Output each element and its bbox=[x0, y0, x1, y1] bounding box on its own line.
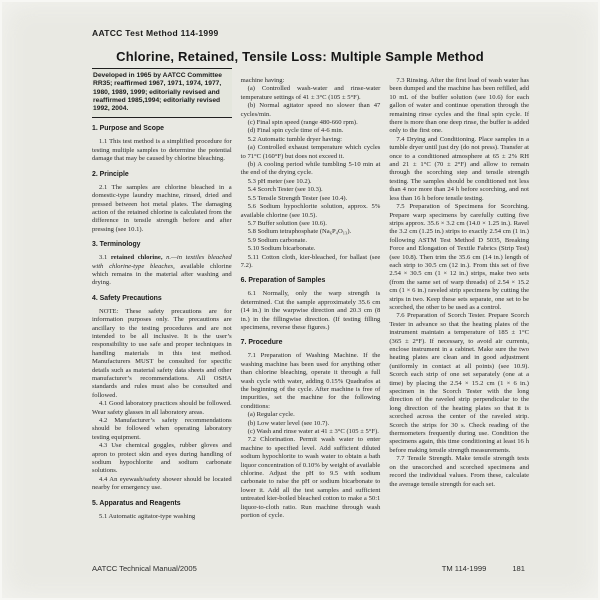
paragraph: NOTE: These safety precautions are for i… bbox=[92, 308, 232, 400]
paragraph: 2.1 The samples are chlorine bleached in… bbox=[92, 184, 232, 234]
paragraph: 5.7 Buffer solution (see 10.6). bbox=[241, 220, 381, 228]
section-heading: 1. Purpose and Scope bbox=[92, 125, 232, 133]
footer-manual-title: AATCC Technical Manual/2005 bbox=[92, 564, 197, 573]
paragraph: 7.2 Chlorination. Permit wash water to e… bbox=[241, 436, 381, 520]
paragraph: 7.1 Preparation of Washing Machine. If t… bbox=[241, 352, 381, 411]
paragraph: machine having: bbox=[241, 77, 381, 85]
paragraph: (d) Final spin cycle time of 4-6 min. bbox=[241, 127, 381, 135]
paragraph: (c) Wash and rinse water at 41 ± 3°C (10… bbox=[241, 428, 381, 436]
paragraph: 7.4 Drying and Conditioning. Place sampl… bbox=[389, 136, 529, 203]
page-number: 181 bbox=[512, 564, 525, 573]
column-3: 7.3 Rinsing. After the first load of was… bbox=[389, 68, 529, 560]
column-1: Developed in 1965 by AATCC Committee RR3… bbox=[92, 68, 232, 560]
paragraph: 5.2 Automatic tumble dryer having: bbox=[241, 136, 381, 144]
paragraph: 3.1 retained chlorine, n.—in textiles bl… bbox=[92, 254, 232, 288]
paragraph: 7.3 Rinsing. After the first load of was… bbox=[389, 77, 529, 136]
paragraph: 4.1 Good laboratory practices should be … bbox=[92, 400, 232, 417]
section-heading: 6. Preparation of Samples bbox=[241, 277, 381, 285]
section-heading: 7. Procedure bbox=[241, 339, 381, 347]
paragraph: 5.4 Scorch Tester (see 10.3). bbox=[241, 186, 381, 194]
paragraph: 7.5 Preparation of Specimens for Scorchi… bbox=[389, 203, 529, 312]
paragraph: (b) A cooling period while tumbling 5-10… bbox=[241, 161, 381, 178]
footer-right-group: TM 114-1999 181 bbox=[442, 564, 525, 573]
paragraph: (a) Controlled wash-water and rinse-wate… bbox=[241, 85, 381, 102]
document-header: AATCC Test Method 114-1999 bbox=[92, 28, 219, 38]
history-note: Developed in 1965 by AATCC Committee RR3… bbox=[92, 68, 232, 118]
paragraph: 6.1 Normally, only the warp strength is … bbox=[241, 290, 381, 332]
paragraph: (b) Normal agitator speed no slower than… bbox=[241, 102, 381, 119]
column-2: machine having:(a) Controlled wash-water… bbox=[241, 68, 381, 560]
paragraph: 5.3 pH meter (see 10.2). bbox=[241, 178, 381, 186]
paragraph: 7.7 Tensile Strength. Make tensile stren… bbox=[389, 455, 529, 489]
paragraph: (c) Final spin speed (range 480-660 rpm)… bbox=[241, 119, 381, 127]
paragraph: 5.9 Sodium carbonate. bbox=[241, 237, 381, 245]
text-columns: Developed in 1965 by AATCC Committee RR3… bbox=[92, 68, 529, 560]
section-heading: 2. Principle bbox=[92, 171, 232, 179]
paragraph: 4.2 Manufacturer’s safety recommendation… bbox=[92, 417, 232, 442]
paragraph: 4.3 Use chemical goggles, rubber gloves … bbox=[92, 442, 232, 476]
document-page: AATCC Test Method 114-1999 Chlorine, Ret… bbox=[2, 2, 598, 598]
paragraph: 5.11 Cotton cloth, kier-bleached, for ba… bbox=[241, 254, 381, 271]
section-heading: 4. Safety Precautions bbox=[92, 295, 232, 303]
paragraph: (a) Regular cycle. bbox=[241, 411, 381, 419]
footer-doc-number: TM 114-1999 bbox=[442, 564, 487, 573]
page-title: Chlorine, Retained, Tensile Loss: Multip… bbox=[2, 49, 598, 64]
paragraph: (b) Low water level (see 10.7). bbox=[241, 420, 381, 428]
paragraph: 5.8 Sodium tetraphosphate (Na₆P₄O₁₃). bbox=[241, 228, 381, 236]
paragraph: 5.5 Tensile Strength Tester (see 10.4). bbox=[241, 195, 381, 203]
paragraph: 7.6 Preparation of Scorch Tester. Prepar… bbox=[389, 312, 529, 455]
paragraph: 5.1 Automatic agitator-type washing bbox=[92, 513, 232, 521]
paragraph: (a) Controlled exhaust temperature which… bbox=[241, 144, 381, 161]
section-heading: 5. Apparatus and Reagents bbox=[92, 500, 232, 508]
paragraph: 5.6 Sodium hypochlorite solution, approx… bbox=[241, 203, 381, 220]
section-heading: 3. Terminology bbox=[92, 241, 232, 249]
paragraph: 5.10 Sodium bicarbonate. bbox=[241, 245, 381, 253]
paragraph: 1.1 This test method is a simplified pro… bbox=[92, 138, 232, 163]
paragraph: 4.4 An eyewash/safety shower should be l… bbox=[92, 476, 232, 493]
page-footer: AATCC Technical Manual/2005 TM 114-1999 … bbox=[92, 564, 525, 573]
